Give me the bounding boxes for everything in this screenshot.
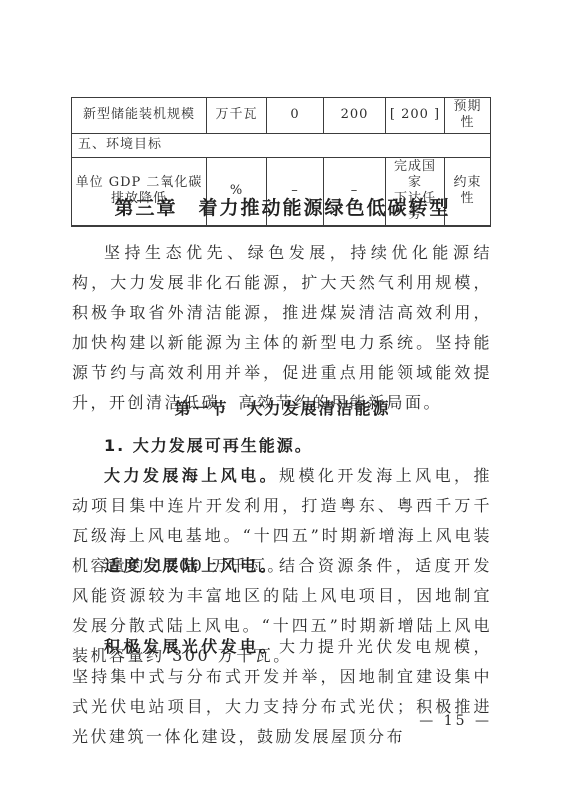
paragraph-intro: 坚持生态优先、绿色发展，持续优化能源结构，大力发展非化石能源，扩大天然气利用规模… xyxy=(72,238,492,418)
offshore-lead-text: 大力发展海上风电。 xyxy=(104,466,279,485)
solar-lead-text: 积极发展光伏发电。 xyxy=(104,637,279,656)
onshore-lead-text: 适度发展陆上风电。 xyxy=(104,556,279,575)
co2-task-line1: 完成国家 xyxy=(394,159,436,190)
storage-value-2025: 200 xyxy=(324,98,386,134)
item-heading-renewables: 1. 大力发展可再生能源。 xyxy=(72,433,492,456)
storage-indicator-name: 新型储能装机规模 xyxy=(72,98,207,134)
storage-unit: 万千瓦 xyxy=(207,98,267,134)
table-row-env-section: 五、环境目标 xyxy=(72,133,491,157)
page-number: — 15 — xyxy=(419,713,492,729)
paragraph-solar-pv: 积极发展光伏发电。大力提升光伏发电规模，坚持集中式与分布式开发并举，因地制宜建设… xyxy=(72,632,492,752)
storage-attribute: 预期性 xyxy=(445,98,491,134)
env-section-label: 五、环境目标 xyxy=(72,133,491,157)
section-heading: 第一节 大力发展清洁能源 xyxy=(0,396,565,419)
chapter-heading: 第三章 着力推动能源绿色低碳转型 xyxy=(0,193,565,220)
document-page: 新型储能装机规模 万千瓦 0 200 [ 200 ] 预期性 五、环境目标 单位… xyxy=(0,0,565,800)
storage-value-2020: 0 xyxy=(267,98,324,134)
storage-cumulative-value: [ 200 ] xyxy=(386,98,445,134)
table-row-storage: 新型储能装机规模 万千瓦 0 200 [ 200 ] 预期性 xyxy=(72,98,491,134)
co2-name-line1: 单位 GDP 二氧化碳 xyxy=(76,175,203,190)
